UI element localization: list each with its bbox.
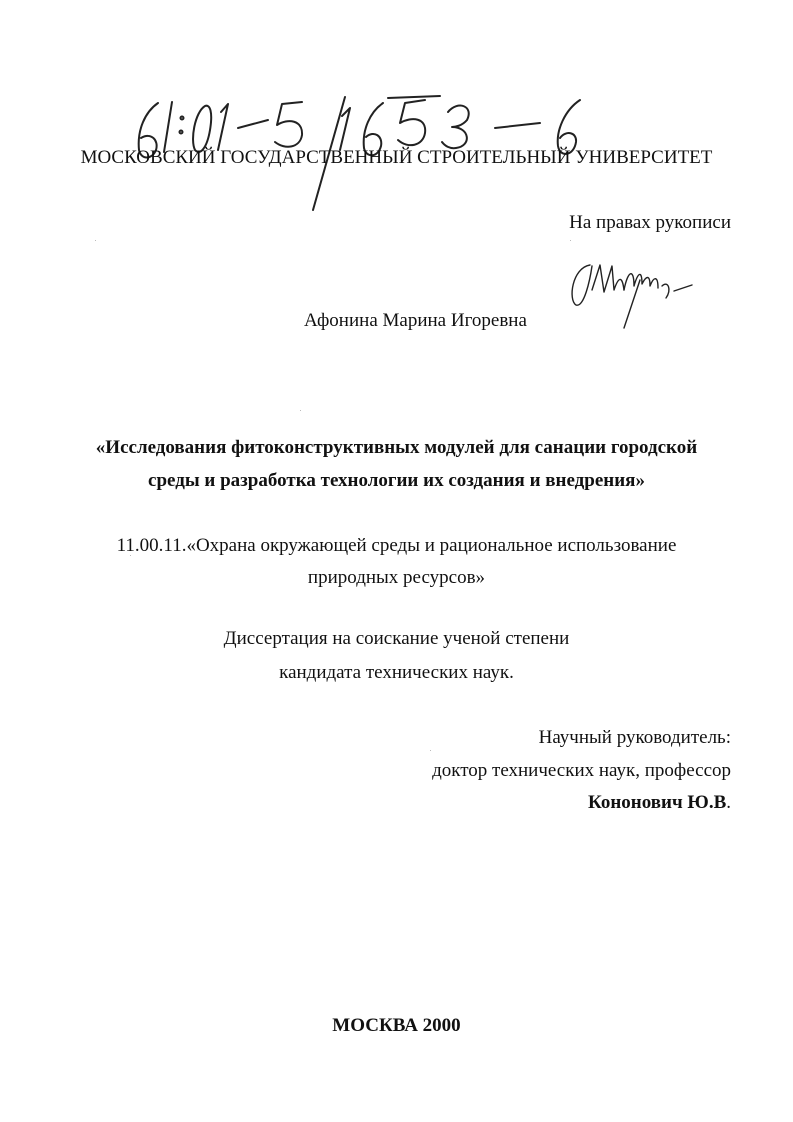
scan-speck [300, 410, 301, 411]
supervisor-name: Кононович Ю.В. [588, 792, 731, 814]
dissertation-title-line-2: среды и разработка технологии их создани… [0, 470, 793, 492]
degree-line-2: кандидата технических наук. [0, 662, 793, 684]
scan-speck [130, 555, 131, 556]
dissertation-title-line-1: «Исследования фитоконструктивных модулей… [0, 437, 793, 459]
manuscript-rights: На правах рукописи [569, 212, 731, 234]
supervisor-rank: доктор технических наук, профессор [432, 760, 731, 782]
scan-speck [570, 240, 571, 241]
supervisor-label: Научный руководитель: [539, 727, 731, 749]
scan-speck [95, 240, 96, 241]
scan-speck [430, 750, 431, 751]
supervisor-name-text: Кононович Ю.В [588, 792, 726, 813]
city-year: МОСКВА 2000 [0, 1015, 793, 1037]
university-name: МОСКОВСКИЙ ГОСУДАРСТВЕННЫЙ СТРОИТЕЛЬНЫЙ … [0, 147, 793, 169]
specialty-line-2: природных ресурсов» [0, 567, 793, 589]
degree-line-1: Диссертация на соискание ученой степени [0, 628, 793, 650]
supervisor-name-period: . [726, 792, 731, 813]
specialty-line-1: 11.00.11.«Охрана окружающей среды и раци… [0, 535, 793, 557]
author-name: Афонина Марина Игоревна [304, 310, 527, 332]
